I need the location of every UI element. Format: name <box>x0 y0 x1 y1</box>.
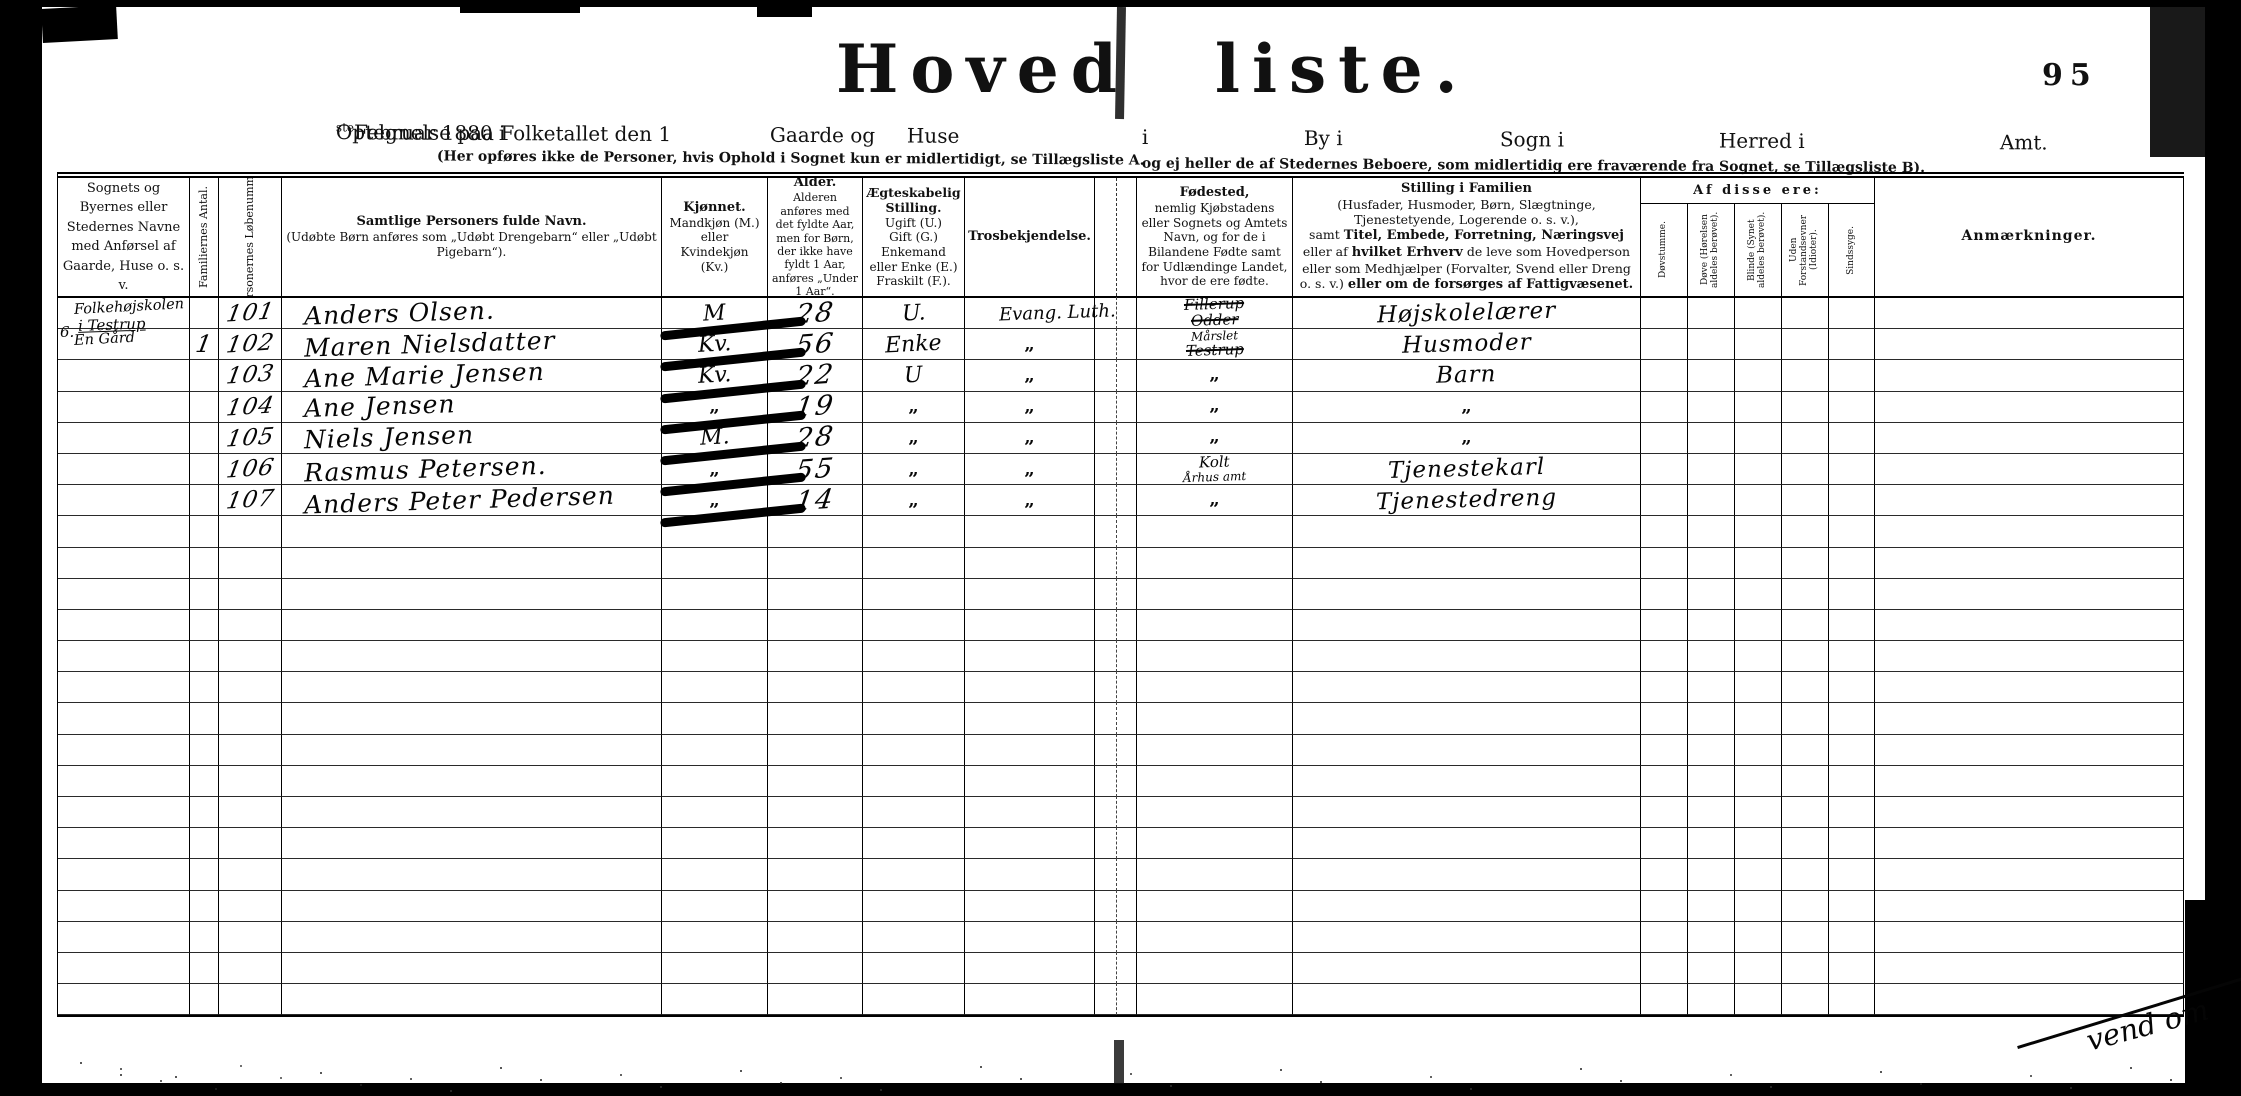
cell-place <box>58 641 190 672</box>
scan-speckles <box>80 1062 82 1064</box>
cell-religion: Evang. Luth. <box>965 298 1095 329</box>
cell-gutter <box>1095 828 1137 859</box>
cell-sex <box>662 641 768 672</box>
cell-marital: „ <box>863 392 965 423</box>
cell-name: Ane Jensen <box>282 392 662 423</box>
cell-age <box>768 641 863 672</box>
religion-value: „ <box>1024 490 1034 511</box>
birthplace-ditto: „ <box>1209 428 1219 447</box>
cell-person-number <box>219 953 282 984</box>
cell-group-5 <box>1829 516 1875 547</box>
cell-place <box>58 360 190 391</box>
cell-group-4 <box>1782 922 1829 953</box>
cell-religion: „ <box>965 423 1095 454</box>
cell-marital <box>863 953 965 984</box>
cell-group-4 <box>1782 454 1829 485</box>
cell-name: Maren Nielsdatter <box>282 329 662 360</box>
cell-person-number <box>219 984 282 1015</box>
cell-remarks <box>1875 797 2184 828</box>
cell-age <box>768 922 863 953</box>
cell-remarks <box>1875 454 2184 485</box>
cell-age <box>768 735 863 766</box>
group-subheaders: Døvstumme. Døve (Hørelsen aldeles berøve… <box>1641 204 1874 296</box>
cell-position <box>1293 984 1641 1015</box>
cell-families <box>190 298 219 329</box>
cell-person-number <box>219 672 282 703</box>
cell-group-3 <box>1735 548 1782 579</box>
header-sex: Kjønnet. Mandkjøn (M.) eller Kvindekjøn … <box>662 178 768 296</box>
cell-place <box>58 859 190 890</box>
cell-group-3 <box>1735 891 1782 922</box>
cell-person-number <box>219 641 282 672</box>
cell-group-2 <box>1688 516 1735 547</box>
cell-person-number <box>219 579 282 610</box>
form-label-huse: Huse <box>907 124 960 148</box>
cell-gutter <box>1095 766 1137 797</box>
cell-gutter <box>1095 641 1137 672</box>
cell-gutter <box>1095 579 1137 610</box>
cell-sex <box>662 922 768 953</box>
cell-group-3 <box>1735 797 1782 828</box>
cell-place: 6.En Gård <box>58 329 190 360</box>
cell-families <box>190 454 219 485</box>
cell-group-1 <box>1641 454 1688 485</box>
cell-birthplace <box>1137 859 1293 890</box>
header-religion: Trosbekjendelse. <box>965 178 1095 296</box>
cell-remarks <box>1875 766 2184 797</box>
marital-value: „ <box>908 396 918 417</box>
cell-birthplace <box>1137 641 1293 672</box>
cell-sex <box>662 766 768 797</box>
cell-marital <box>863 922 965 953</box>
cell-families <box>190 392 219 423</box>
cell-families <box>190 703 219 734</box>
cell-religion <box>965 828 1095 859</box>
form-label-gaarde: Gaarde og <box>770 123 875 148</box>
families-count: 1 <box>194 330 214 358</box>
cell-families <box>190 516 219 547</box>
cell-place <box>58 984 190 1015</box>
religion-value: „ <box>1024 427 1034 448</box>
cell-group-2 <box>1688 922 1735 953</box>
birthplace-line: Odder <box>1190 312 1238 329</box>
cell-religion <box>965 516 1095 547</box>
cell-birthplace: KoltÅrhus amt <box>1137 454 1293 485</box>
cell-position <box>1293 610 1641 641</box>
birthplace-ditto: „ <box>1209 397 1219 416</box>
cell-group-1 <box>1641 641 1688 672</box>
cell-position <box>1293 641 1641 672</box>
cell-place <box>58 610 190 641</box>
cell-group-4 <box>1782 329 1829 360</box>
cell-place <box>58 485 190 516</box>
cell-group-5 <box>1829 548 1875 579</box>
person-name: Niels Jensen <box>282 420 475 455</box>
cell-group-5 <box>1829 641 1875 672</box>
cell-group-4 <box>1782 298 1829 329</box>
cell-group-3 <box>1735 392 1782 423</box>
cell-families <box>190 797 219 828</box>
cell-name <box>282 641 662 672</box>
cell-gutter <box>1095 735 1137 766</box>
sex-value: „ <box>709 459 719 480</box>
cell-families <box>190 735 219 766</box>
cell-gutter <box>1095 360 1137 391</box>
cell-name <box>282 922 662 953</box>
cell-age <box>768 610 863 641</box>
cell-marital <box>863 984 965 1015</box>
cell-place <box>58 797 190 828</box>
cell-families <box>190 922 219 953</box>
table-body: Folkehøjskoleni Testrup101Anders Olsen.M… <box>58 298 2184 1017</box>
marital-value: „ <box>908 459 918 480</box>
table-header-row: Sognets og Byernes eller Stedernes Navne… <box>58 172 2184 298</box>
cell-group-1 <box>1641 766 1688 797</box>
cell-person-number <box>219 766 282 797</box>
cell-sex <box>662 984 768 1015</box>
cell-group-3 <box>1735 672 1782 703</box>
sex-value: M <box>703 300 727 326</box>
cell-person-number <box>219 516 282 547</box>
cell-group-1 <box>1641 672 1688 703</box>
cell-group-3 <box>1735 859 1782 890</box>
cell-place <box>58 766 190 797</box>
cell-name <box>282 953 662 984</box>
cell-birthplace <box>1137 548 1293 579</box>
cell-group-5 <box>1829 454 1875 485</box>
cell-birthplace: „ <box>1137 423 1293 454</box>
cell-remarks <box>1875 516 2184 547</box>
cell-age <box>768 672 863 703</box>
cell-families <box>190 828 219 859</box>
cell-marital: U <box>863 360 965 391</box>
cell-marital: Enke <box>863 329 965 360</box>
cell-position <box>1293 548 1641 579</box>
cell-group-1 <box>1641 516 1688 547</box>
cell-age <box>768 703 863 734</box>
person-name: Ane Jensen <box>282 389 456 423</box>
cell-group-3 <box>1735 329 1782 360</box>
marital-value: U <box>904 363 924 389</box>
cell-families <box>190 548 219 579</box>
header-group-af-disse-ere: Af disse ere: Døvstumme. Døve (Hørelsen … <box>1641 178 1875 296</box>
cell-name <box>282 610 662 641</box>
title-word-2: liste. <box>1215 30 1470 108</box>
person-number: 102 <box>224 330 276 359</box>
cell-sex <box>662 703 768 734</box>
cell-group-4 <box>1782 392 1829 423</box>
cell-group-4 <box>1782 579 1829 610</box>
cell-person-number: 107 <box>219 485 282 516</box>
cell-group-2 <box>1688 984 1735 1015</box>
form-label-herred: Herred i <box>1719 129 1805 154</box>
cell-age <box>768 797 863 828</box>
cell-sex <box>662 548 768 579</box>
cell-person-number: 106 <box>219 454 282 485</box>
cell-remarks <box>1875 703 2184 734</box>
cell-religion <box>965 859 1095 890</box>
cell-remarks <box>1875 423 2184 454</box>
cell-name <box>282 516 662 547</box>
cell-religion <box>965 984 1095 1015</box>
position-value: Tjenestedreng <box>1376 485 1558 516</box>
page-number: 95 <box>2042 58 2098 93</box>
sex-value: „ <box>709 490 719 511</box>
cell-position <box>1293 828 1641 859</box>
cell-group-3 <box>1735 641 1782 672</box>
cell-person-number <box>219 922 282 953</box>
position-value: Tjenestekarl <box>1388 454 1546 484</box>
form-label-amt: Amt. <box>2000 130 2048 154</box>
cell-group-5 <box>1829 672 1875 703</box>
cell-group-2 <box>1688 641 1735 672</box>
cell-group-3 <box>1735 703 1782 734</box>
cell-group-1 <box>1641 360 1688 391</box>
cell-birthplace: „ <box>1137 360 1293 391</box>
cell-birthplace: FillerupOdder <box>1137 298 1293 329</box>
cell-families <box>190 485 219 516</box>
page-fold-shadow-bottom <box>1114 1040 1124 1084</box>
cell-religion: „ <box>965 360 1095 391</box>
cell-group-3 <box>1735 454 1782 485</box>
cell-religion <box>965 797 1095 828</box>
cell-marital: „ <box>863 454 965 485</box>
cell-age <box>768 766 863 797</box>
cell-remarks <box>1875 329 2184 360</box>
religion-value: „ <box>1024 365 1034 386</box>
cell-name: Ane Marie Jensen <box>282 360 662 391</box>
birthplace-line: Århus amt <box>1183 470 1247 485</box>
header-gutter <box>1095 178 1137 296</box>
cell-name: Anders Olsen. <box>282 298 662 329</box>
cell-gutter <box>1095 953 1137 984</box>
marital-value: „ <box>908 490 918 511</box>
cell-remarks <box>1875 953 2184 984</box>
scan-speckles <box>120 1074 122 1076</box>
cell-person-number: 103 <box>219 360 282 391</box>
cell-group-4 <box>1782 828 1829 859</box>
cell-group-2 <box>1688 329 1735 360</box>
cell-person-number: 102 <box>219 329 282 360</box>
cell-group-1 <box>1641 953 1688 984</box>
position-value: Husmoder <box>1401 330 1531 359</box>
scan-border-left <box>0 0 42 1096</box>
cell-group-2 <box>1688 360 1735 391</box>
scan-border-top <box>0 0 2241 7</box>
cell-age <box>768 579 863 610</box>
cell-group-2 <box>1688 672 1735 703</box>
cell-group-3 <box>1735 579 1782 610</box>
cell-person-number <box>219 703 282 734</box>
cell-group-1 <box>1641 797 1688 828</box>
person-number: 106 <box>224 454 276 483</box>
census-table: Sognets og Byernes eller Stedernes Navne… <box>57 172 2184 1017</box>
cell-age <box>768 953 863 984</box>
cell-remarks <box>1875 548 2184 579</box>
scan-noise-blob <box>41 5 118 43</box>
cell-group-3 <box>1735 953 1782 984</box>
cell-group-4 <box>1782 485 1829 516</box>
cell-person-number <box>219 891 282 922</box>
cell-group-3 <box>1735 735 1782 766</box>
cell-families <box>190 766 219 797</box>
cell-group-5 <box>1829 984 1875 1015</box>
cell-gutter <box>1095 423 1137 454</box>
cell-religion <box>965 610 1095 641</box>
cell-families: 1 <box>190 329 219 360</box>
person-name: Anders Peter Pedersen <box>282 480 616 519</box>
cell-name: Niels Jensen <box>282 423 662 454</box>
cell-group-2 <box>1688 579 1735 610</box>
cell-group-1 <box>1641 329 1688 360</box>
sex-value: „ <box>709 396 719 417</box>
cell-marital <box>863 766 965 797</box>
cell-group-4 <box>1782 891 1829 922</box>
form-label-sogn: Sogn i <box>1500 127 1564 151</box>
cell-gutter <box>1095 859 1137 890</box>
cell-families <box>190 984 219 1015</box>
scan-noise-blob <box>757 4 812 17</box>
cell-families <box>190 579 219 610</box>
cell-group-2 <box>1688 735 1735 766</box>
header-families: Familiernes Antal. <box>190 178 219 296</box>
cell-sex <box>662 797 768 828</box>
cell-name: Anders Peter Pedersen <box>282 485 662 516</box>
cell-name <box>282 735 662 766</box>
cell-remarks <box>1875 859 2184 890</box>
cell-families <box>190 672 219 703</box>
cell-group-1 <box>1641 579 1688 610</box>
cell-marital <box>863 828 965 859</box>
cell-birthplace <box>1137 797 1293 828</box>
cell-gutter <box>1095 454 1137 485</box>
religion-value: „ <box>1024 396 1034 417</box>
cell-group-2 <box>1688 298 1735 329</box>
cell-sex <box>662 672 768 703</box>
cell-religion: „ <box>965 485 1095 516</box>
cell-families <box>190 953 219 984</box>
person-number: 104 <box>224 392 276 421</box>
cell-group-3 <box>1735 360 1782 391</box>
cell-group-2 <box>1688 485 1735 516</box>
cell-families <box>190 360 219 391</box>
group-title: Af disse ere: <box>1641 178 1874 204</box>
cell-group-4 <box>1782 672 1829 703</box>
cell-place <box>58 703 190 734</box>
cell-gutter <box>1095 610 1137 641</box>
cell-birthplace: „ <box>1137 485 1293 516</box>
cell-group-2 <box>1688 548 1735 579</box>
cell-group-2 <box>1688 953 1735 984</box>
cell-name <box>282 548 662 579</box>
cell-birthplace <box>1137 610 1293 641</box>
religion-value: Evang. Luth. <box>965 300 1116 326</box>
cell-group-4 <box>1782 641 1829 672</box>
cell-name <box>282 672 662 703</box>
cell-position: Tjenestekarl <box>1293 454 1641 485</box>
cell-marital <box>863 891 965 922</box>
cell-place <box>58 548 190 579</box>
cell-person-number: 104 <box>219 392 282 423</box>
marital-value: „ <box>908 427 918 448</box>
cell-birthplace <box>1137 672 1293 703</box>
cell-group-5 <box>1829 579 1875 610</box>
cell-sex <box>662 953 768 984</box>
cell-marital <box>863 703 965 734</box>
cell-position <box>1293 516 1641 547</box>
form-prefix: Optegnelse paa Folketallet den 1ste Febr… <box>336 120 354 144</box>
cell-group-4 <box>1782 953 1829 984</box>
cell-group-2 <box>1688 423 1735 454</box>
cell-gutter <box>1095 548 1137 579</box>
cell-position <box>1293 672 1641 703</box>
cell-group-4 <box>1782 610 1829 641</box>
cell-group-5 <box>1829 797 1875 828</box>
cell-remarks <box>1875 485 2184 516</box>
cell-religion <box>965 579 1095 610</box>
marital-value: Enke <box>885 330 943 358</box>
cell-group-1 <box>1641 703 1688 734</box>
cell-gutter <box>1095 672 1137 703</box>
religion-value: „ <box>1024 334 1034 355</box>
cell-sex <box>662 859 768 890</box>
header-insane: Sindssyge. <box>1829 204 1875 296</box>
cell-person-number <box>219 797 282 828</box>
cell-place <box>58 516 190 547</box>
form-label-by: By i <box>1304 126 1343 150</box>
cell-group-4 <box>1782 735 1829 766</box>
cell-group-2 <box>1688 859 1735 890</box>
person-number: 101 <box>224 298 276 327</box>
cell-remarks <box>1875 610 2184 641</box>
cell-person-number: 105 <box>219 423 282 454</box>
cell-group-1 <box>1641 298 1688 329</box>
cell-group-5 <box>1829 298 1875 329</box>
cell-position <box>1293 766 1641 797</box>
cell-group-1 <box>1641 423 1688 454</box>
cell-gutter <box>1095 516 1137 547</box>
cell-group-4 <box>1782 360 1829 391</box>
birthplace-line: Testrup <box>1185 342 1243 360</box>
cell-marital <box>863 672 965 703</box>
cell-remarks <box>1875 672 2184 703</box>
cell-place <box>58 891 190 922</box>
cell-families <box>190 859 219 890</box>
cell-group-2 <box>1688 610 1735 641</box>
cell-religion: „ <box>965 454 1095 485</box>
cell-group-1 <box>1641 548 1688 579</box>
cell-group-4 <box>1782 703 1829 734</box>
cell-religion <box>965 735 1095 766</box>
cell-gutter <box>1095 703 1137 734</box>
cell-remarks <box>1875 641 2184 672</box>
cell-sex <box>662 579 768 610</box>
cell-group-5 <box>1829 392 1875 423</box>
cell-age <box>768 859 863 890</box>
cell-age <box>768 516 863 547</box>
cell-position: „ <box>1293 392 1641 423</box>
cell-marital <box>863 735 965 766</box>
cell-families <box>190 641 219 672</box>
cell-remarks <box>1875 735 2184 766</box>
religion-value: „ <box>1024 459 1034 480</box>
header-marital: Ægteskabelig Stilling. Ugift (U.) Gift (… <box>863 178 965 296</box>
cell-position <box>1293 922 1641 953</box>
cell-group-3 <box>1735 766 1782 797</box>
cell-group-5 <box>1829 766 1875 797</box>
cell-person-number <box>219 828 282 859</box>
cell-birthplace <box>1137 766 1293 797</box>
